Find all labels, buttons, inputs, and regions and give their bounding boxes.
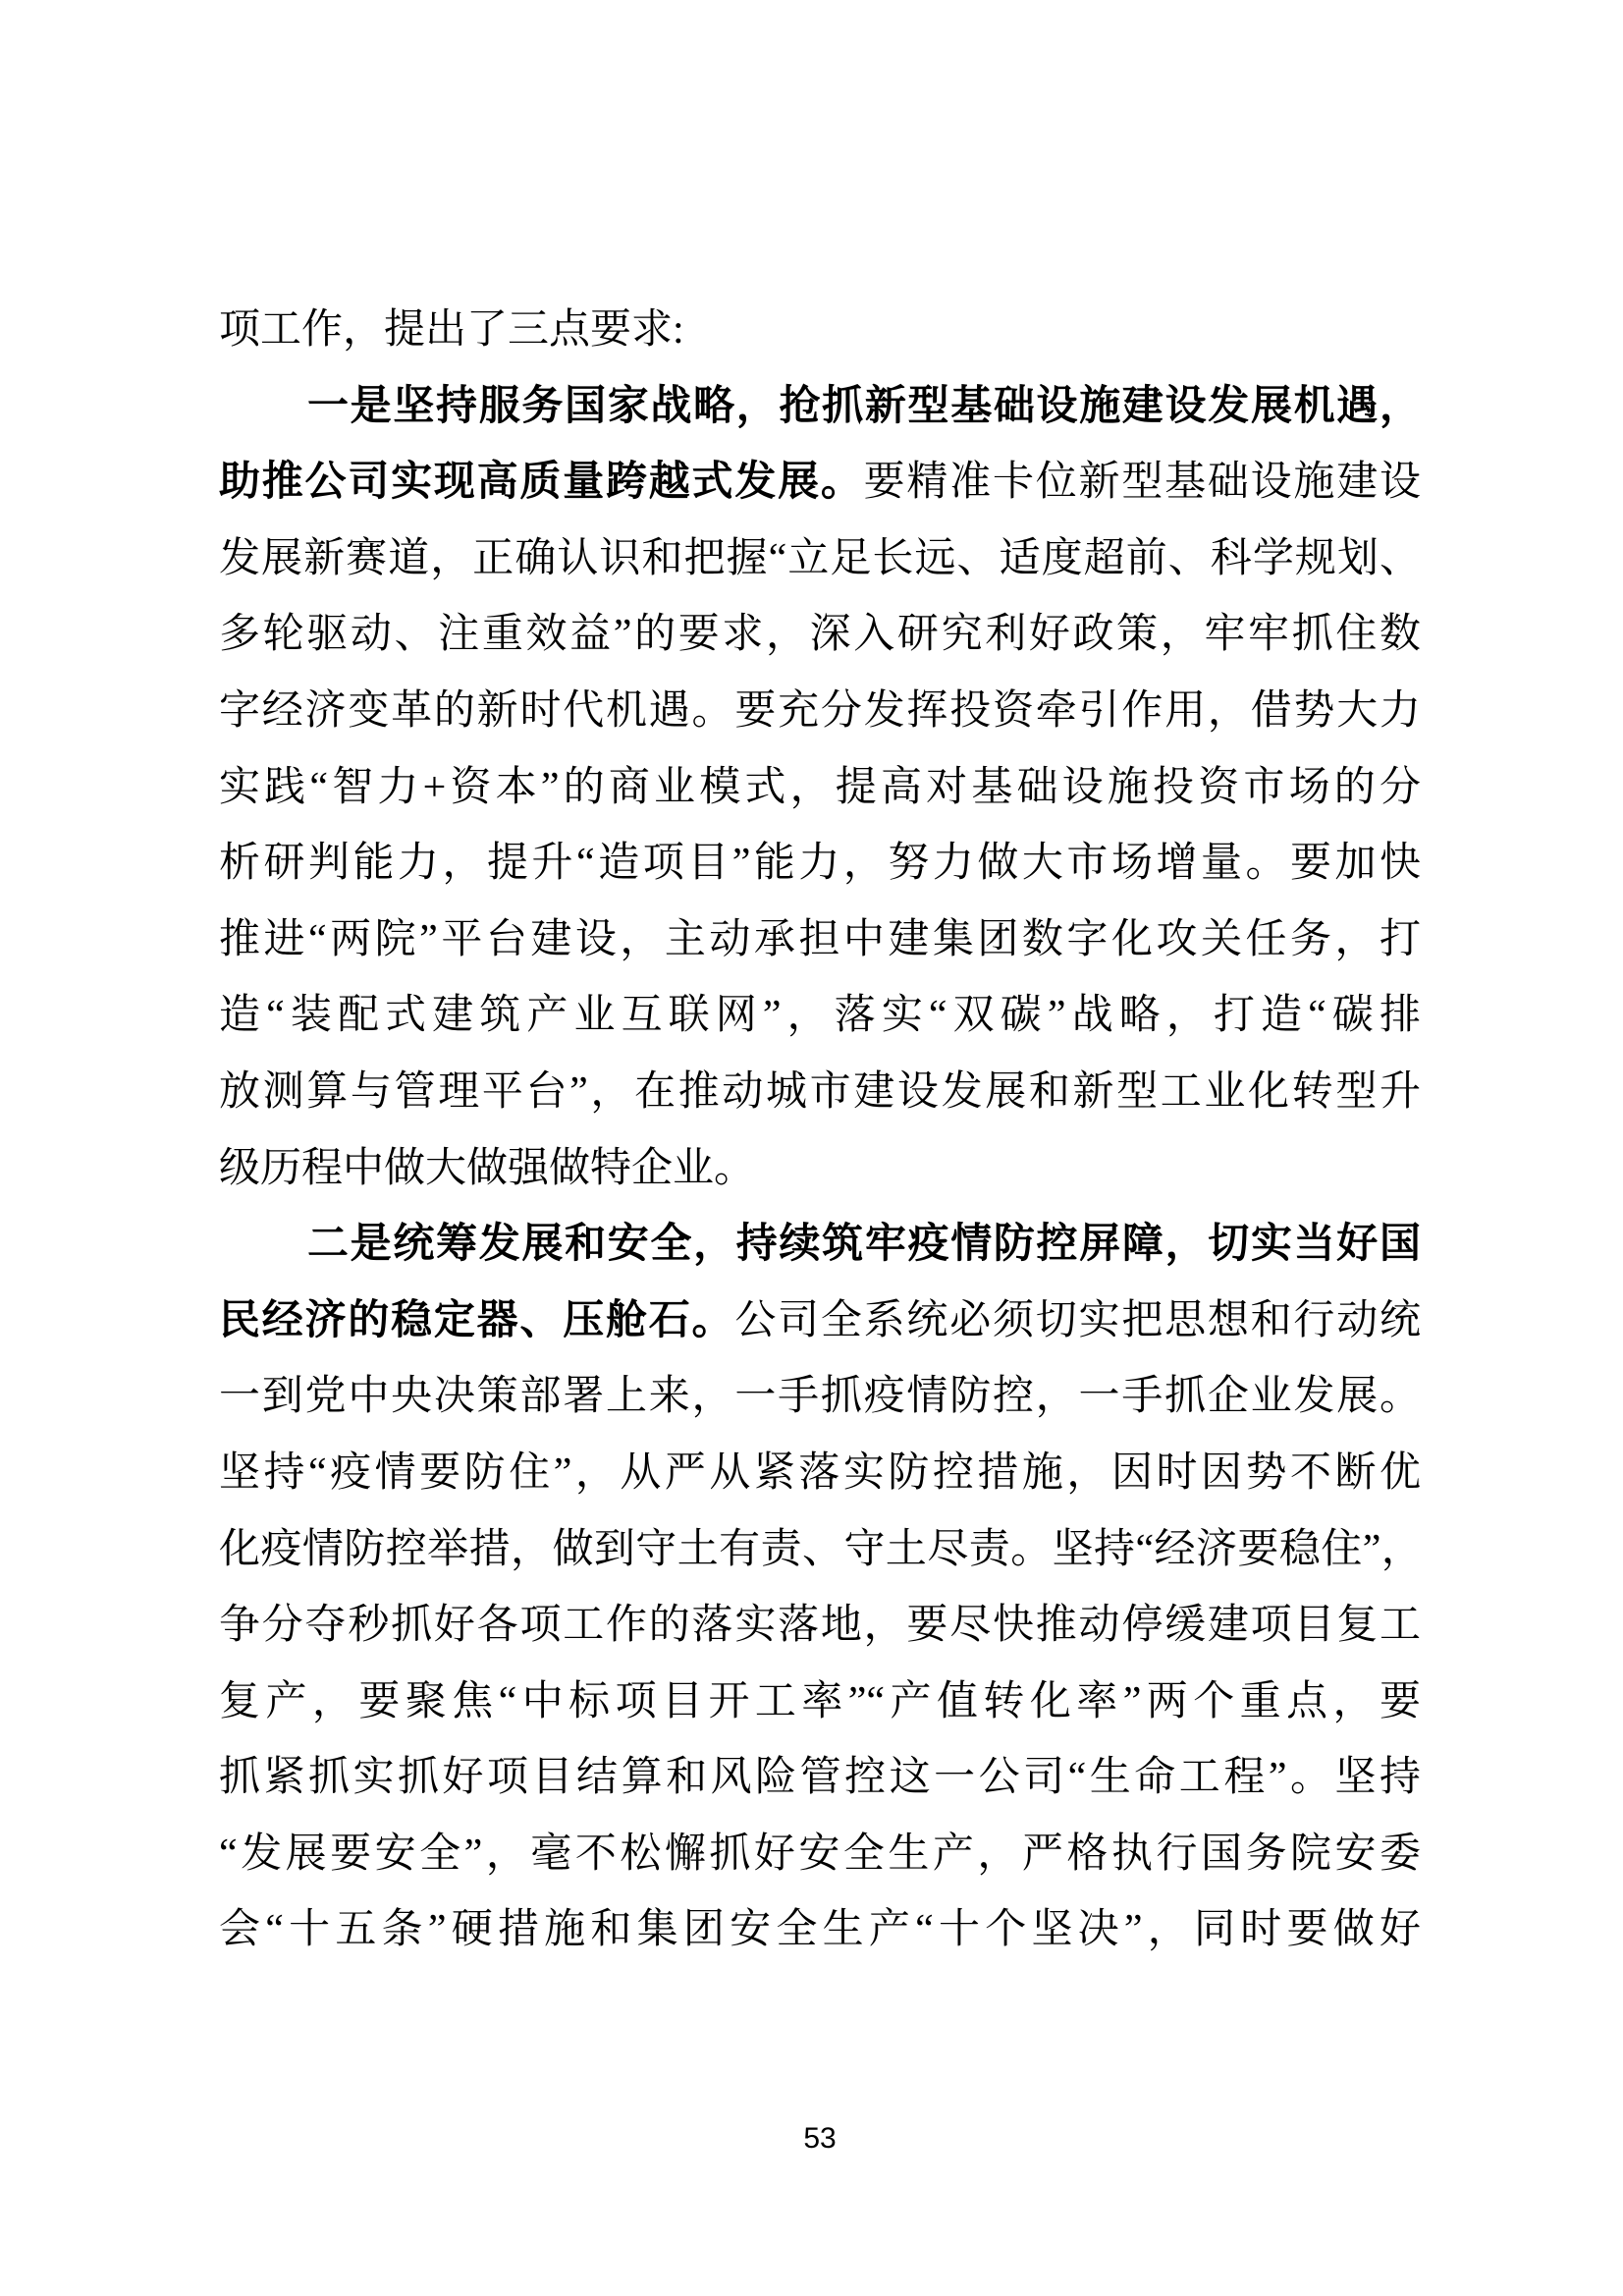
text-line: 民经济的稳定器、压舱石。公司全系统必须切实把思想和行动统 <box>219 1284 1421 1360</box>
text-line: 析研判能力，提升“造项目”能力，努力做大市场增量。要加快 <box>219 826 1421 902</box>
text-segment: 化疫情防控举措，做到守土有责、守土尽责。坚持“经济要稳住”， <box>219 1527 1421 1572</box>
text-segment: 造“装配式建筑产业互联网”，落实“双碳”战略，打造“碳排 <box>219 993 1421 1038</box>
text-segment: 实践“智力+资本”的商业模式，提高对基础设施投资市场的分 <box>219 765 1421 810</box>
text-segment: 争分夺秒抓好各项工作的落实落地，要尽快推动停缓建项目复工 <box>219 1603 1421 1648</box>
text-line: 一是坚持服务国家战略，抢抓新型基础设施建设发展机遇， <box>219 369 1421 446</box>
bold-text-segment: 一是坚持服务国家战略，抢抓新型基础设施建设发展机遇， <box>307 384 1421 429</box>
text-line: 字经济变革的新时代机遇。要充分发挥投资牵引作用，借势大力 <box>219 674 1421 750</box>
text-line: 坚持“疫情要防住”，从严从紧落实防控措施，因时因势不断优 <box>219 1436 1421 1512</box>
document-page: 项工作，提出了三点要求:一是坚持服务国家战略，抢抓新型基础设施建设发展机遇，助推… <box>0 0 1623 2296</box>
text-line: 助推公司实现高质量跨越式发展。要精准卡位新型基础设施建设 <box>219 445 1421 521</box>
text-line: 复产，要聚焦“中标项目开工率”“产值转化率”两个重点，要 <box>219 1665 1421 1741</box>
text-segment: 会“十五条”硬措施和集团安全生产“十个坚决”，同时要做好 <box>219 1907 1421 1952</box>
text-segment: 级历程中做大做强做特企业。 <box>219 1146 755 1191</box>
text-line: 争分夺秒抓好各项工作的落实落地，要尽快推动停缓建项目复工 <box>219 1588 1421 1665</box>
text-segment: 一到党中央决策部署上来，一手抓疫情防控，一手抓企业发展。 <box>219 1374 1421 1419</box>
text-line: “发展要安全”，毫不松懈抓好安全生产，严格执行国务院安委 <box>219 1817 1421 1893</box>
bold-text-segment: 民经济的稳定器、压舱石。 <box>219 1298 734 1343</box>
text-segment: 要精准卡位新型基础设施建设 <box>864 460 1421 505</box>
page-number: 53 <box>219 2117 1421 2160</box>
text-line: 实践“智力+资本”的商业模式，提高对基础设施投资市场的分 <box>219 750 1421 827</box>
text-line: 造“装配式建筑产业互联网”，落实“双碳”战略，打造“碳排 <box>219 978 1421 1055</box>
text-line: 发展新赛道，正确认识和把握“立足长远、适度超前、科学规划、 <box>219 521 1421 598</box>
text-segment: 多轮驱动、注重效益”的要求，深入研究利好政策，牢牢抓住数 <box>219 612 1421 657</box>
text-line: 二是统筹发展和安全，持续筑牢疫情防控屏障，切实当好国 <box>219 1207 1421 1284</box>
text-line: 一到党中央决策部署上来，一手抓疫情防控，一手抓企业发展。 <box>219 1359 1421 1436</box>
text-line: 抓紧抓实抓好项目结算和风险管控这一公司“生命工程”。坚持 <box>219 1740 1421 1817</box>
page-text: 项工作，提出了三点要求:一是坚持服务国家战略，抢抓新型基础设施建设发展机遇，助推… <box>219 293 1421 1969</box>
text-line: 推进“两院”平台建设，主动承担中建集团数字化攻关任务，打 <box>219 902 1421 979</box>
bold-text-segment: 助推公司实现高质量跨越式发展。 <box>219 460 864 505</box>
text-segment: 项工作，提出了三点要求: <box>219 307 684 353</box>
bold-text-segment: 二是统筹发展和安全，持续筑牢疫情防控屏障，切实当好国 <box>307 1222 1421 1267</box>
text-segment: 抓紧抓实抓好项目结算和风险管控这一公司“生命工程”。坚持 <box>219 1755 1421 1800</box>
text-segment: “发展要安全”，毫不松懈抓好安全生产，严格执行国务院安委 <box>219 1831 1421 1877</box>
text-segment: 析研判能力，提升“造项目”能力，努力做大市场增量。要加快 <box>219 841 1421 886</box>
text-line: 放测算与管理平台”，在推动城市建设发展和新型工业化转型升 <box>219 1055 1421 1131</box>
text-line: 多轮驱动、注重效益”的要求，深入研究利好政策，牢牢抓住数 <box>219 597 1421 674</box>
text-line: 项工作，提出了三点要求: <box>219 293 1421 369</box>
text-segment: 推进“两院”平台建设，主动承担中建集团数字化攻关任务，打 <box>219 917 1421 962</box>
text-line: 会“十五条”硬措施和集团安全生产“十个坚决”，同时要做好 <box>219 1892 1421 1969</box>
text-segment: 字经济变革的新时代机遇。要充分发挥投资牵引作用，借势大力 <box>219 688 1421 734</box>
text-segment: 复产，要聚焦“中标项目开工率”“产值转化率”两个重点，要 <box>219 1679 1421 1724</box>
text-segment: 放测算与管理平台”，在推动城市建设发展和新型工业化转型升 <box>219 1069 1421 1115</box>
text-segment: 发展新赛道，正确认识和把握“立足长远、适度超前、科学规划、 <box>219 536 1421 581</box>
text-line: 级历程中做大做强做特企业。 <box>219 1131 1421 1208</box>
text-segment: 公司全系统必须切实把思想和行动统 <box>734 1298 1421 1343</box>
text-segment: 坚持“疫情要防住”，从严从紧落实防控措施，因时因势不断优 <box>219 1450 1421 1496</box>
text-line: 化疫情防控举措，做到守土有责、守土尽责。坚持“经济要稳住”， <box>219 1512 1421 1589</box>
